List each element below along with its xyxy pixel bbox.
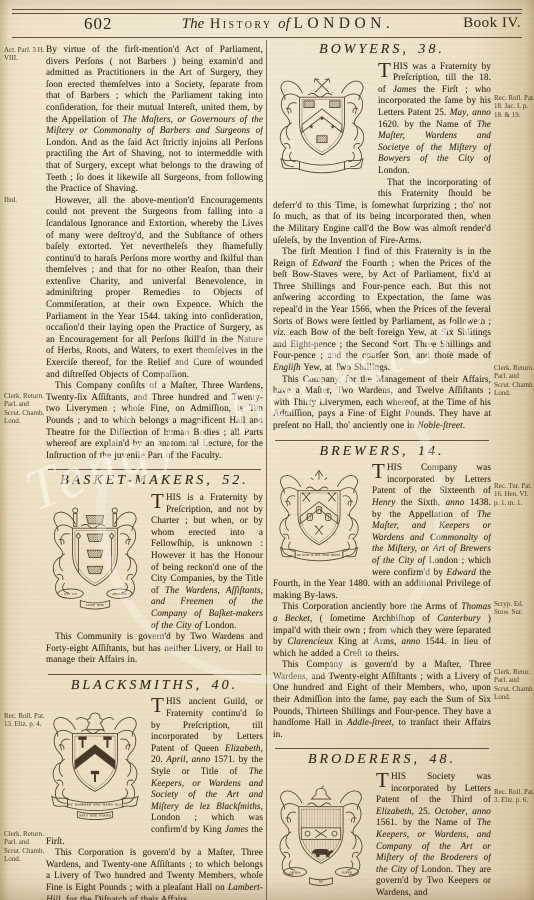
paragraph: This Company is govern'd by a Maſter, Th… <box>273 659 491 740</box>
section-rule <box>275 440 489 441</box>
basket-motto-right: ANOTHER <box>112 592 127 596</box>
margin-note: Clerk. Return. Parl. and Scrut. Chamb. L… <box>494 364 534 398</box>
section-heading-broderers: BRODERERS, 48. <box>273 754 491 766</box>
brewers-coat-of-arms: IN GOD IS ALL OUR TRUST <box>273 465 365 575</box>
right-column: BOWYERS, 38. <box>273 42 491 900</box>
section-heading-basket-makers: BASKET-MAKERS, 52. <box>46 475 263 487</box>
broderers-motto-left: OMNIA <box>289 870 301 874</box>
section-broderers: OMNIA SUPER DE THIS Society was incorpor… <box>273 771 491 899</box>
margin-note: Clerk. Return. Parl. and Scrut. Chamb. L… <box>4 392 45 426</box>
drop-cap: T <box>151 492 166 510</box>
section-rule <box>48 674 261 675</box>
header-bottom-rule <box>12 37 522 38</box>
paragraph: However, all the above-mention'd Encoura… <box>46 195 263 381</box>
title-the: The <box>182 16 205 32</box>
paragraph: By virtue of the firſt-mention'd Act of … <box>46 44 263 195</box>
blacksmiths-motto-line1: BY HAMMER AND HAND ALL <box>68 803 122 807</box>
basket-makers-coat-of-arms: LET US ANOTHER LOVE ONE <box>46 495 144 622</box>
paragraph-text: HIS is a Fraternity by Preſcription, and… <box>151 492 263 630</box>
drop-cap: T <box>372 462 387 480</box>
drop-cap: T <box>378 61 393 79</box>
blacksmiths-coat-of-arms: BY HAMMER AND HAND ALL ARTS DOE STAND <box>46 699 144 829</box>
section-heading-blacksmiths: BLACKSMITHS, 40. <box>46 680 263 692</box>
drop-cap: T <box>376 771 391 789</box>
section-heading-brewers: BREWERS, 14. <box>273 446 491 458</box>
paragraph: This Company, for the Management of thei… <box>273 374 491 432</box>
section-blacksmiths: BY HAMMER AND HAND ALL ARTS DOE STAND TH… <box>46 696 263 900</box>
section-rule <box>48 469 261 470</box>
paragraph: This Corporation is govern'd by a Maſter… <box>46 847 263 900</box>
title-of: of <box>278 16 290 32</box>
title-london: LONDON. <box>293 15 394 32</box>
margin-note: Act. Parl. 3 H. VIII. <box>4 46 45 63</box>
column-divider <box>266 40 267 900</box>
paragraph-text: HIS Society was incorporated by Letters … <box>376 771 491 897</box>
title-history: History <box>208 16 275 32</box>
margin-note: Scryp. Ed. Stow. Sur. <box>494 600 534 617</box>
basket-motto-left: LET US <box>64 592 77 596</box>
blacksmiths-motto-line2: ARTS DOE STAND <box>79 814 112 818</box>
margin-note: Rec. Roll. Pat. 3. Eliz. p. 6. <box>494 788 534 805</box>
drop-cap: T <box>151 696 166 714</box>
paragraph: The firſt Mention I find of this Fratern… <box>273 246 491 374</box>
broderers-coat-of-arms: OMNIA SUPER DE <box>273 774 369 899</box>
margin-note: Ibid. <box>4 196 45 204</box>
margin-note: Rec. Roll. Pat. 13. Eliz. p. 4. <box>4 712 45 729</box>
paragraph: This Company conſiſts of a Maſter, Three… <box>46 380 263 461</box>
section-brewers: IN GOD IS ALL OUR TRUST THIS Company was… <box>273 462 491 740</box>
left-column: By virtue of the firſt-mention'd Act of … <box>46 44 263 900</box>
running-title: The History of LONDON. <box>120 15 456 33</box>
top-rule-outer <box>12 9 522 10</box>
bowyers-coat-of-arms <box>273 64 371 188</box>
broderers-motto-right: SUPER <box>342 870 353 874</box>
section-basket-makers: LET US ANOTHER LOVE ONE THIS is a Frater… <box>46 492 263 666</box>
paragraph-text: HIS was a Fraternity by Preſcription, ti… <box>378 61 491 175</box>
basket-motto-bottom: LOVE ONE <box>86 603 104 607</box>
paragraph: This Community is govern'd by Two Warden… <box>46 631 263 666</box>
margin-note: Rec. Roll. Pat. 18. Jac. I. p. 18. & 19. <box>494 94 534 119</box>
section-rule <box>275 748 489 749</box>
paragraph: This Corporation anciently bore the Arms… <box>273 601 491 659</box>
brewers-motto: IN GOD IS ALL OUR TRUST <box>297 553 340 557</box>
book-page: 602 The History of LONDON. Book IV. Act.… <box>0 0 534 900</box>
broderers-motto-mid: DE <box>319 880 323 884</box>
margin-note: Clerk. Return. Parl. and Scrut. Chamb. L… <box>4 830 45 864</box>
section-heading-bowyers: BOWYERS, 38. <box>273 44 491 56</box>
section-bowyers: THIS was a Fraternity by Preſcription, t… <box>273 61 491 432</box>
margin-note: Rec. Tur. Pat. 16. Hen. VI. p. 1. m. 1. <box>494 482 534 507</box>
book-label: Book IV. <box>463 15 521 32</box>
page-number: 602 <box>84 14 113 34</box>
margin-note: Clerk. Retur. Parl. and Scrut. Chamb. Lo… <box>494 668 534 702</box>
